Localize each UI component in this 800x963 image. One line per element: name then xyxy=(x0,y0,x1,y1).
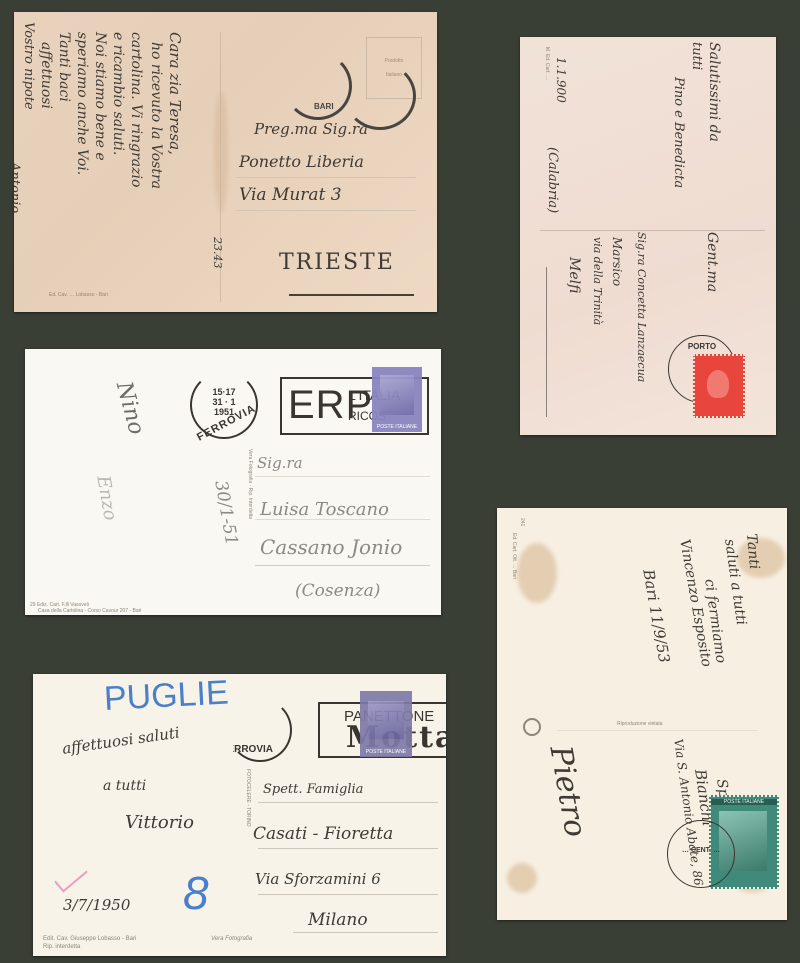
stamp-figure-icon xyxy=(368,701,404,739)
address-rule xyxy=(255,565,430,566)
message-line: Vittorio xyxy=(125,812,194,833)
address-rule xyxy=(236,210,416,211)
signature-line: Vostro nipote xyxy=(21,22,36,110)
stamp-figure-icon xyxy=(380,375,414,415)
date-text: 1.1.900 xyxy=(554,57,568,103)
stamp: POSTE ITALIANE xyxy=(372,367,422,432)
vertical-print: FOTOCELERE - TORINO xyxy=(245,769,251,827)
message-line: e ricambio saluti. xyxy=(110,32,126,155)
message-line: affettuosi saluti xyxy=(61,724,181,758)
address-line: Spett. Famiglia xyxy=(263,782,363,797)
stain xyxy=(517,543,557,603)
message-line: affettuosi xyxy=(38,42,54,109)
postmark-text: … CENT. … xyxy=(668,847,734,854)
message-line: Cara zia Teresa, xyxy=(166,32,184,155)
heading-text: PUGLIE xyxy=(103,674,230,719)
address-rule xyxy=(255,476,430,477)
postcard-top-right: M. Ed. Cart. … 1.1.900 Salutissimi da tu… xyxy=(520,37,776,435)
vertical-print: Ed. Cart. Ott. … Bari xyxy=(511,533,517,579)
stamp-portrait-icon xyxy=(707,370,729,398)
number-mark: 8 xyxy=(183,866,209,920)
message-line: a tutti xyxy=(103,778,146,794)
stamp-label: POSTE ITALIANE xyxy=(372,424,422,430)
divider-line xyxy=(540,230,765,231)
postmark-text: FERROVIA xyxy=(233,744,273,755)
address-line: Sig.ra xyxy=(257,454,303,472)
message-line: (Calabria) xyxy=(545,147,560,213)
vertical-print: 241 xyxy=(519,518,525,526)
address-line: Gent.ma xyxy=(704,232,720,292)
message-line: Enzo xyxy=(92,474,121,522)
address-rule xyxy=(255,519,430,520)
address-line: Milano xyxy=(308,910,368,930)
signature-line: Antonio xyxy=(14,162,22,213)
divider-line xyxy=(557,730,757,731)
message-line: Bari 11/9/53 xyxy=(639,568,673,664)
postcard-middle-left: 15·17 31 · 1 1951 FERROVIA ERP L'ITALIA … xyxy=(25,349,441,615)
address-rule xyxy=(289,294,414,296)
address-line: Via Sforzamini 6 xyxy=(255,870,381,888)
stamp: POSTE ITALIANE xyxy=(360,691,412,757)
address-line: Luisa Toscano xyxy=(260,499,389,520)
address-line: TRIESTE xyxy=(279,250,395,275)
message-line: Tanti xyxy=(743,533,762,570)
publisher-text: Casa della Cartolina - Corso Cavour 207 … xyxy=(38,608,141,614)
publisher-text: Rip. interdetta xyxy=(43,944,80,950)
footer-text: Vera Fotografia xyxy=(211,936,252,942)
postcard-top-left: Cara zia Teresa, ho ricevuto la Vostra c… xyxy=(14,12,437,312)
address-line: Cassano Jonio xyxy=(260,535,402,559)
message-line: Nino xyxy=(111,379,149,437)
address-line: Casati - Fioretta xyxy=(253,824,393,844)
date-text: 3/7/1950 xyxy=(63,896,130,914)
address-line: Ponetto Liberia xyxy=(239,152,364,171)
publisher-text: M. Ed. Cart. … xyxy=(544,47,550,80)
address-line: Marsico xyxy=(610,237,624,286)
signature-text: Pietro xyxy=(543,743,593,840)
address-rule xyxy=(236,177,416,178)
date-text: 30/1-51 xyxy=(210,479,241,547)
postcard-bottom-left: PUGLIE FERROVIA PANETTONE Motta POSTE IT… xyxy=(33,674,446,956)
date-text: 23.43 xyxy=(211,237,224,269)
address-line: via della Trinità xyxy=(591,237,604,325)
address-line: Preg.ma Sig.ra xyxy=(254,120,368,138)
postmark-time: 15·17 xyxy=(192,387,256,397)
message-line: Noi stiamo bene e xyxy=(92,32,108,161)
publisher-text: Ed. Cav. … Lobasso - Bari xyxy=(49,292,108,298)
message-line: speriamo anche Voi. xyxy=(74,32,90,175)
address-rule xyxy=(293,932,438,933)
postcard-bottom-right: 241 Ed. Cart. Ott. … Bari Riproduzione v… xyxy=(497,508,787,920)
postmark: … CENT. … xyxy=(667,820,735,888)
stamp-label: POSTE ITALIANE xyxy=(711,799,777,805)
address-rule xyxy=(546,267,547,417)
center-print: Riproduzione vietata xyxy=(617,721,663,727)
message-line: Salutissimi da xyxy=(706,42,722,142)
address-line: Melfi xyxy=(566,257,582,293)
publisher-text: Edit. Cav. Giuseppe Lobasso - Bari xyxy=(43,936,136,942)
stamp xyxy=(693,354,745,418)
stain xyxy=(214,92,228,212)
stain xyxy=(507,863,537,893)
pink-mark xyxy=(54,861,88,892)
publisher-logo-icon xyxy=(523,718,541,736)
address-line: (Cosenza) xyxy=(295,581,380,601)
message-line: tutti xyxy=(689,42,704,70)
message-line: ho ricevuto la Vostra xyxy=(148,42,164,189)
address-rule xyxy=(258,802,438,803)
message-line: Tanti baci xyxy=(56,32,72,102)
address-rule xyxy=(258,848,438,849)
address-rule xyxy=(258,894,438,895)
postmark-text: PORTO xyxy=(669,342,735,351)
postmark-text: BARI xyxy=(314,102,334,111)
vertical-print: Vera Fotografia · Rip. Interdetta xyxy=(247,449,253,519)
address-line: Sig.ra Concetta Lanzaecua xyxy=(635,232,648,382)
address-line: Via Murat 3 xyxy=(239,185,342,205)
message-line: Pino e Benedicta xyxy=(671,77,686,188)
stamp-label: POSTE ITALIANE xyxy=(360,749,412,755)
message-line: cartolina. Vi ringrazio xyxy=(128,32,144,187)
